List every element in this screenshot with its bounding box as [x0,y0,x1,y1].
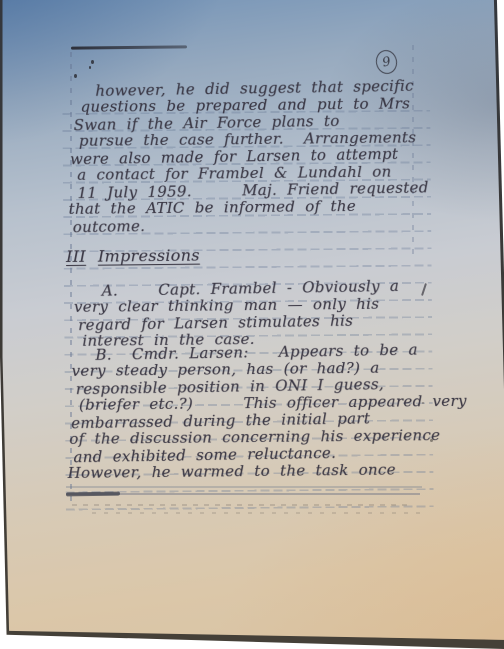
ink-dot [74,74,77,78]
bottom-rule-upper [66,486,422,488]
impression-capt-frambel: A. Capt. Frambel - Obviously avery clear… [66,278,447,350]
bottom-rule-faint-2 [92,512,422,514]
section-numeral: III [66,248,86,265]
impression-cmdr-larsen: B. Cmdr. Larsen: Appears to be avery ste… [65,342,446,482]
notebook-paper: 9 however, he did suggest that specificq… [0,0,504,649]
section-title: Impressions [98,247,200,265]
ink-dot [89,66,91,69]
page-number: 9 [381,54,392,70]
crossed-out-line-mark [71,45,187,49]
bottom-rule-faint-1 [72,504,408,506]
paragraph-arrangements: however, he did suggest that specificque… [65,78,447,235]
ink-dot [91,60,94,64]
page-number-circle: 9 [374,48,400,76]
scanned-page-photo: 9 however, he did suggest that specificq… [0,0,504,649]
